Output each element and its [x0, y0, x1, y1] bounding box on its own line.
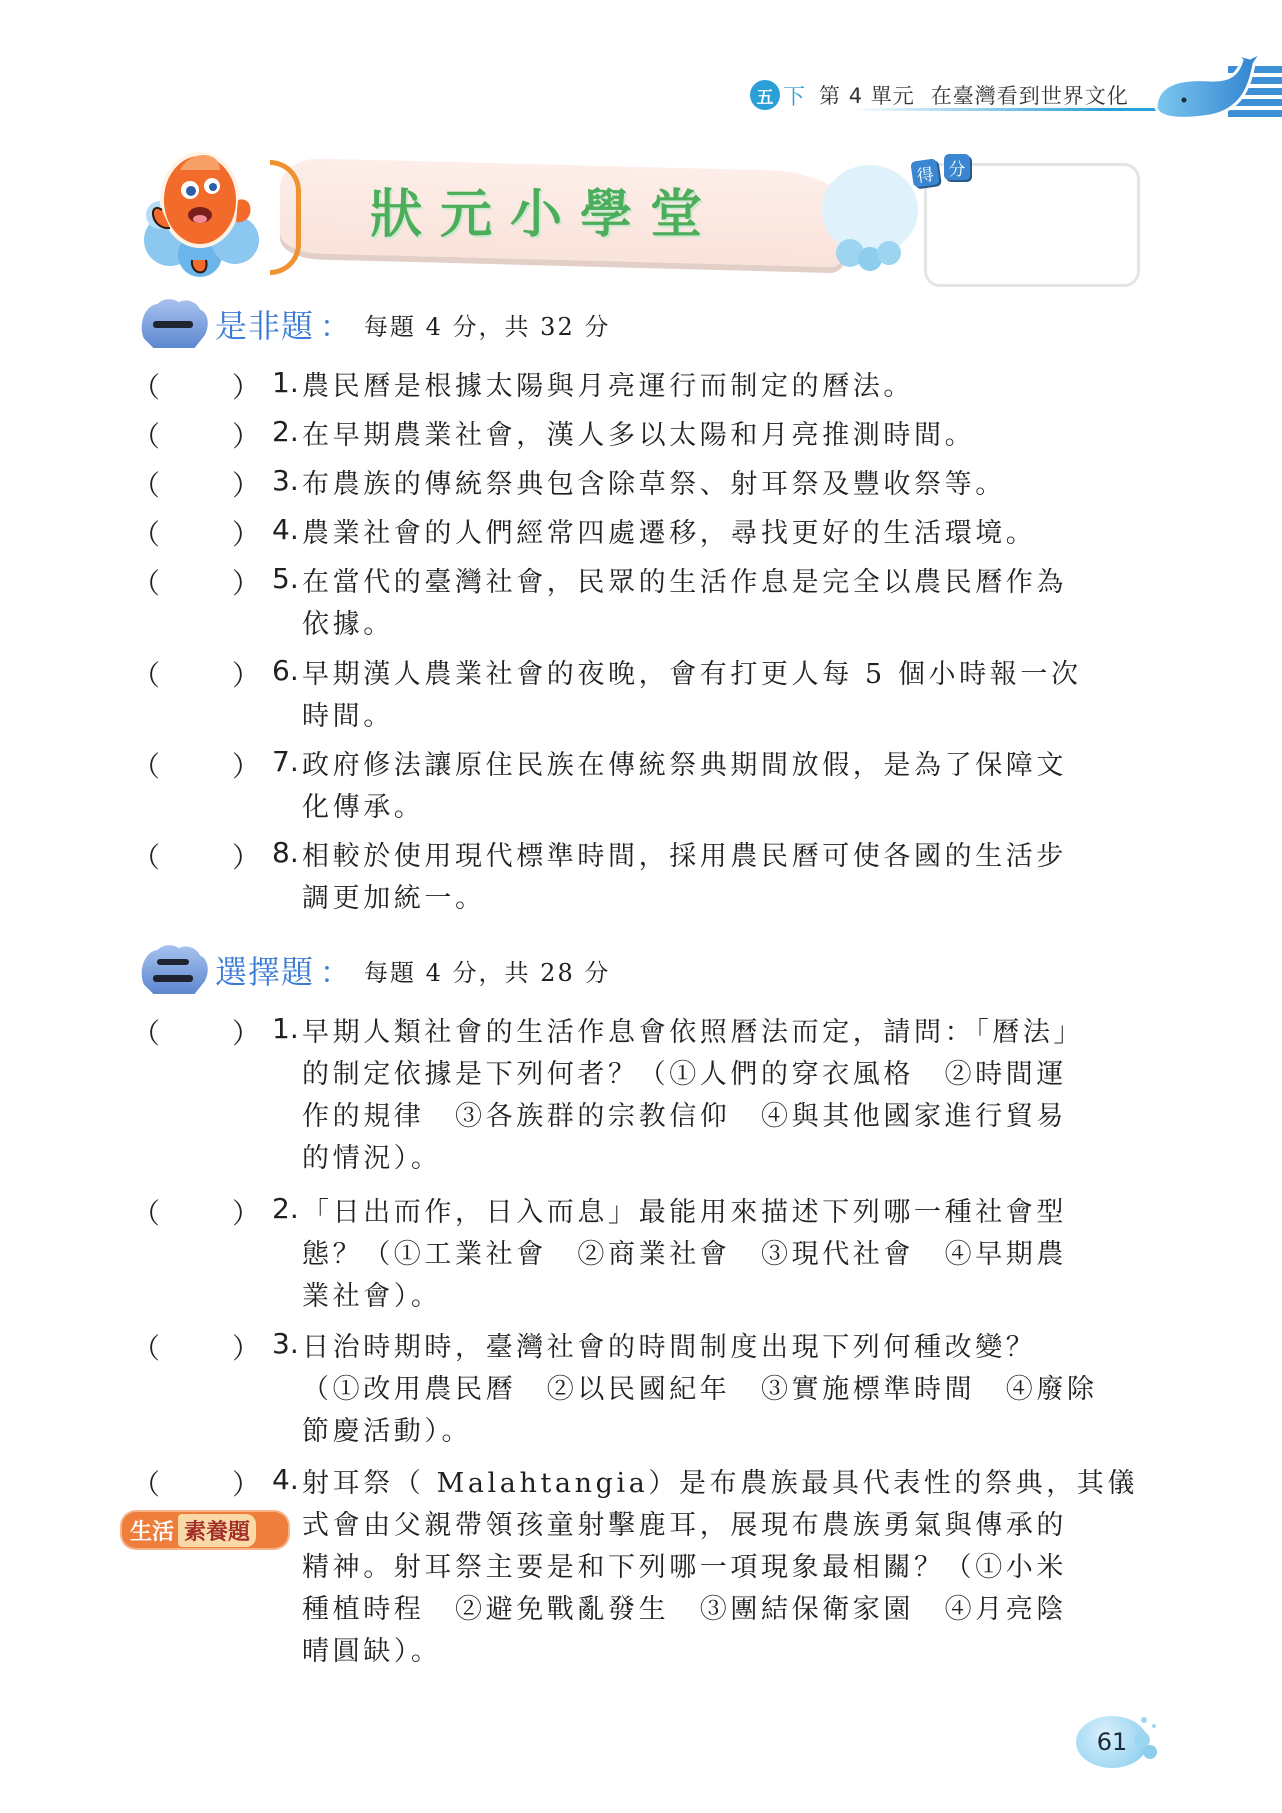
section-scoring: 每題 4 分，共 28 分 — [364, 953, 610, 988]
answer-paren-left[interactable]: （ — [132, 366, 160, 406]
whale-icon — [1150, 50, 1282, 130]
answer-paren-left[interactable]: （ — [132, 745, 160, 785]
question-number: 8. — [272, 836, 299, 869]
unit-label: 第 4 單元 — [819, 80, 915, 110]
score-box[interactable] — [924, 163, 1140, 287]
section-colon: ： — [320, 302, 350, 346]
question-line: 時間。 — [302, 696, 1142, 738]
answer-paren-left[interactable]: （ — [132, 513, 160, 553]
title-banner: 狀元小學堂 — [130, 140, 850, 290]
question-number: 4. — [272, 513, 299, 546]
question-number: 2. — [272, 1192, 299, 1225]
section-title: 選擇題 — [215, 947, 314, 993]
answer-paren-right: ） — [232, 1327, 260, 1367]
answer-paren-right: ） — [232, 366, 260, 406]
question-line: 業社會）。 — [302, 1276, 1142, 1318]
answer-paren-right: ） — [232, 1192, 260, 1232]
question-line: 態？（①工業社會 ②商業社會 ③現代社會 ④早期農 — [302, 1234, 1142, 1276]
question-line: 「日出而作，日入而息」最能用來描述下列哪一種社會型 — [302, 1192, 1142, 1234]
question-line: 化傳承。 — [302, 787, 1142, 829]
answer-paren-left[interactable]: （ — [132, 1327, 160, 1367]
question-line: 的制定依據是下列何者？（①人們的穿衣風格 ②時間運 — [302, 1054, 1142, 1096]
question-number: 7. — [272, 745, 299, 778]
unit-title: 在臺灣看到世界文化 — [931, 80, 1129, 110]
answer-paren-right: ） — [232, 745, 260, 785]
question-line: 在當代的臺灣社會，民眾的生活作息是完全以農民曆作為 — [302, 562, 1142, 604]
banner-scroll-edge — [270, 160, 301, 275]
question-line: 相較於使用現代標準時間，採用農民曆可使各國的生活步 — [302, 836, 1142, 878]
answer-paren-left[interactable]: （ — [132, 836, 160, 876]
section-scoring: 每題 4 分，共 32 分 — [364, 307, 610, 342]
answer-paren-right: ） — [232, 1012, 260, 1052]
section-heading-multiple-choice: 選擇題 ： 每題 4 分，共 28 分 — [135, 940, 610, 1000]
question-line: 早期人類社會的生活作息會依照曆法而定，請問：「曆法」 — [302, 1012, 1142, 1054]
question-number: 1. — [272, 366, 299, 399]
answer-paren-right: ） — [232, 1463, 260, 1503]
question-line: 農業社會的人們經常四處遷移，尋找更好的生活環境。 — [302, 513, 1142, 555]
question-number: 3. — [272, 1327, 299, 1360]
question-line: （①改用農民曆 ②以民國紀年 ③實施標準時間 ④廢除 — [302, 1369, 1142, 1411]
answer-paren-left[interactable]: （ — [132, 562, 160, 602]
section-colon: ： — [320, 948, 350, 992]
question-number: 3. — [272, 464, 299, 497]
answer-paren-right: ） — [232, 836, 260, 876]
shell-numeral-icon — [135, 295, 213, 353]
answer-paren-right: ） — [232, 415, 260, 455]
shell-numeral-icon — [135, 941, 213, 999]
question-line: 在早期農業社會，漢人多以太陽和月亮推測時間。 — [302, 415, 1142, 457]
answer-paren-right: ） — [232, 562, 260, 602]
question-line: 布農族的傳統祭典包含除草祭、射耳祭及豐收祭等。 — [302, 464, 1142, 506]
question-line: 日治時期時，臺灣社會的時間制度出現下列何種改變？ — [302, 1327, 1142, 1369]
question-line: 式會由父親帶領孩童射擊鹿耳，展現布農族勇氣與傳承的 — [302, 1505, 1142, 1547]
header-wave-line — [850, 108, 1170, 111]
question-line: 政府修法讓原住民族在傳統祭典期間放假，是為了保障文 — [302, 745, 1142, 787]
score-tag-fen: 分 — [944, 154, 970, 180]
question-line: 作的規律 ③各族群的宗教信仰 ④與其他國家進行貿易 — [302, 1096, 1142, 1138]
answer-paren-right: ） — [232, 464, 260, 504]
question-number: 5. — [272, 562, 299, 595]
question-number: 2. — [272, 415, 299, 448]
cloud-decoration-icon — [815, 155, 925, 275]
question-number: 1. — [272, 1012, 299, 1045]
banner-title: 狀元小學堂 — [370, 172, 720, 247]
answer-paren-left[interactable]: （ — [132, 1192, 160, 1232]
question-line: 依據。 — [302, 604, 1142, 646]
question-line: 種植時程 ②避免戰亂發生 ③團結保衛家園 ④月亮陰 — [302, 1589, 1142, 1631]
question-line: 晴圓缺）。 — [302, 1631, 1142, 1673]
clownfish-mascot-icon — [140, 140, 270, 280]
answer-paren-left[interactable]: （ — [132, 415, 160, 455]
question-line: 射耳祭（ Malahtangia）是布農族最具代表性的祭典，其儀 — [302, 1463, 1142, 1505]
grade-badge: 五 — [750, 80, 780, 110]
answer-paren-left[interactable]: （ — [132, 464, 160, 504]
tag-part-literacy: 素養題 — [178, 1514, 256, 1547]
answer-paren-left[interactable]: （ — [132, 1012, 160, 1052]
life-literacy-tag: 生活 素養題 — [122, 1512, 288, 1548]
question-line: 調更加統一。 — [302, 878, 1142, 920]
question-line: 農民曆是根據太陽與月亮運行而制定的曆法。 — [302, 366, 1142, 408]
grade-semester: 下 — [783, 80, 805, 111]
question-line: 節慶活動）。 — [302, 1411, 1142, 1453]
answer-paren-left[interactable]: （ — [132, 1463, 160, 1503]
bubbles-icon — [1132, 1710, 1172, 1770]
section-title: 是非題 — [215, 301, 314, 347]
question-line: 的情況）。 — [302, 1138, 1142, 1180]
answer-paren-right: ） — [232, 513, 260, 553]
question-number: 4. — [272, 1463, 299, 1496]
answer-paren-left[interactable]: （ — [132, 654, 160, 694]
tag-part-life: 生活 — [126, 1515, 178, 1546]
question-number: 6. — [272, 654, 299, 687]
section-heading-true-false: 是非題 ： 每題 4 分，共 32 分 — [135, 294, 610, 354]
question-line: 早期漢人農業社會的夜晚，會有打更人每 5 個小時報一次 — [302, 654, 1142, 696]
running-header: 五 下 第 4 單元 在臺灣看到世界文化 — [750, 70, 1129, 120]
question-line: 精神。射耳祭主要是和下列哪一項現象最相關？（①小米 — [302, 1547, 1142, 1589]
score-tag-de: 得 — [910, 158, 939, 187]
answer-paren-right: ） — [232, 654, 260, 694]
